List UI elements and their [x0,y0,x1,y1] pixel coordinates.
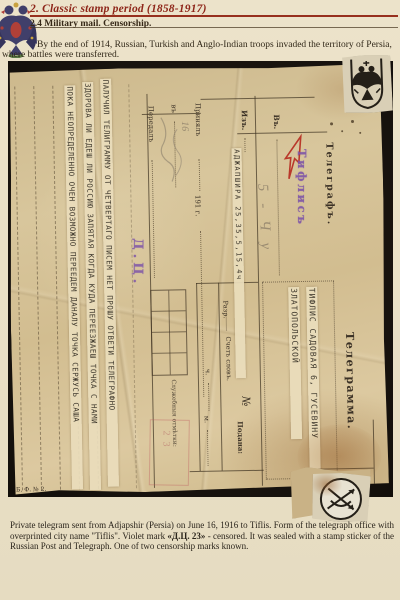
leader [207,430,209,466]
form-ruling-line [52,86,61,490]
faint-stamp-number: 23 [160,430,172,474]
word-count-label: Счетъ словъ. [224,336,233,394]
form-ruling-line [14,86,23,490]
censor-mark: Д.Ц. [130,238,145,298]
intro-paragraph: By the end of 1914, Russian, Turkish and… [2,40,396,60]
paper-speck [330,122,333,125]
eagle-badge-sticker [341,54,393,114]
leader [208,383,210,411]
telegram-photo: ПАЛУЧИЛ ТЕЛИГРАММУ ОТ ЧЕТВЕРТАГО ПИСЕМ Н… [8,61,393,497]
message-line-1: ПАЛУЧИЛ ТЕЛИГРАММУ ОТ ЧЕТВЕРТАГО ПИСЕМ Н… [100,79,119,487]
message-line-2: ЗДОРОВА ЛИ ЕДЕШ ЛИ РОССИЮ ЗАПЯТАЯ КОГДА … [82,82,101,490]
word-count-grid [150,289,188,376]
form-line [196,283,201,471]
minute-label: м. [203,416,211,428]
form-line [196,282,258,284]
pencil-number: 16 [179,121,191,151]
paper-speck [351,120,354,123]
caption-censor-mark: «Д.Ц. 23» [167,531,205,541]
page-title: 2. Classic stamp period (1858-1917) [30,3,390,15]
form-eagle-badge-icon [341,54,393,114]
form-number: Б. Ф. № 2. [16,486,46,494]
leader [199,159,201,191]
submitted-label: Подана: [236,421,246,463]
title-rule [30,15,398,17]
paper-speck [341,130,343,132]
post-telegraph-seal-sticker [311,472,371,523]
form-ruling-line [33,86,42,490]
message-line-3: ПОКА НЕОПРЕДЕЛЕННО ОЧЕН ВОЗМОЖНО ПЕРЕЕДЕ… [64,85,83,489]
telegram-document: ПАЛУЧИЛ ТЕЛИГРАММУ ОТ ЧЕТВЕРТАГО ПИСЕМ Н… [6,63,389,494]
telegraph-label: Телеграфъ. [323,142,337,294]
number-sign: № [239,396,252,416]
subtitle-rule [30,27,398,28]
form-line [190,470,264,472]
faint-stamp-box: 23 [149,419,190,486]
from-label: Изъ. [240,110,249,136]
origin-strip: АДЖАПШИРА 25,35,5,15,4ч [231,148,245,378]
post-telegraph-seal-icon [311,472,371,523]
leader [244,138,245,152]
hour-label: ч. [204,369,212,381]
paper-speck [359,132,361,134]
exhibit-caption: Private telegram sent from Adjapshir (Pe… [10,520,394,552]
form-line [201,97,315,100]
